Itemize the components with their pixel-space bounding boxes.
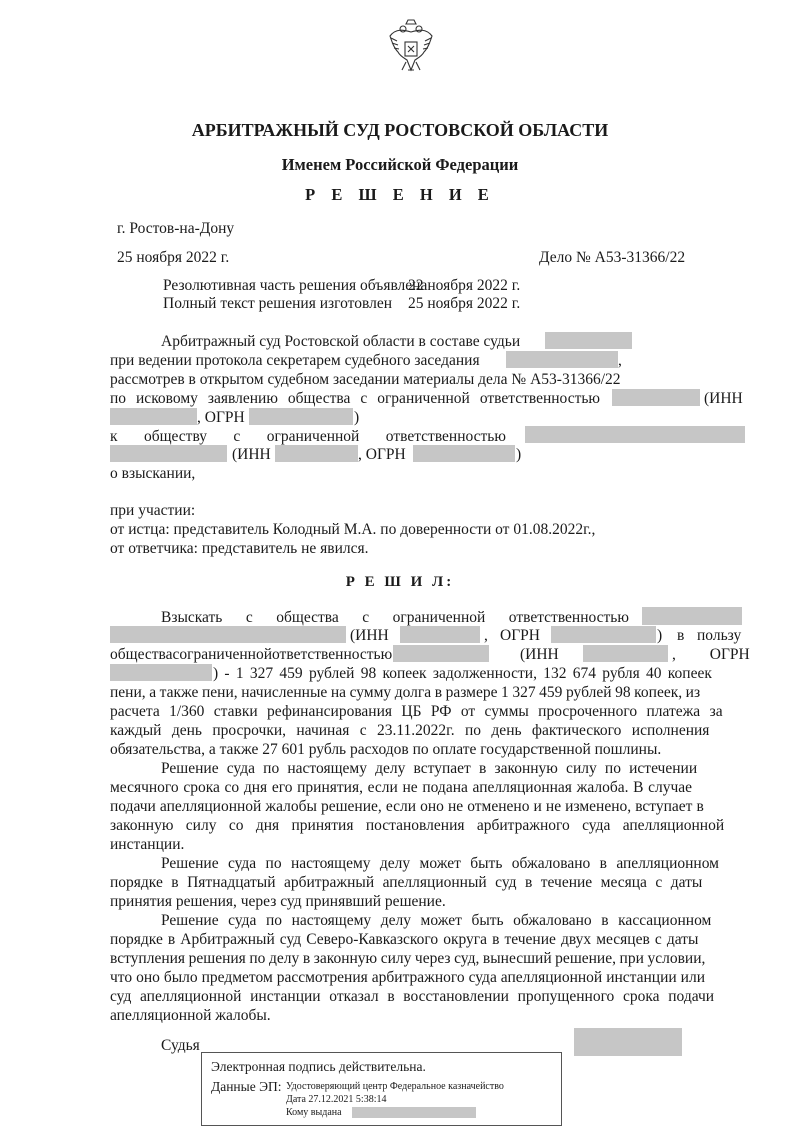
redacted-debtor-name-2 [110,626,346,643]
redacted-defendant-name-2 [110,445,227,462]
inn-label-3: (ИНН [350,627,389,645]
intro-line-8: о взыскании, [110,465,195,483]
signature-data-label: Данные ЭП: [211,1078,282,1096]
redacted-defendant-inn [275,445,358,462]
signature-issued-to: Кому выдана [286,1106,342,1119]
ruling-line-6: расчета 1/360 ставки рефинансирования ЦБ… [110,703,723,721]
comma: , [618,352,622,370]
in-name-of-federation: Именем Российской Федерации [0,156,800,174]
ruling-line-8: обязательства, а также 27 601 рубль расх… [110,741,661,759]
redacted-creditor-inn [583,645,668,662]
inn-label-4: (ИНН [520,646,559,664]
p2-line-3: принятия решения, через суд принявший ре… [110,893,446,911]
redacted-defendant-name [525,426,745,443]
ruling-line-1: Взыскатьсобществасограниченнойответствен… [161,609,629,627]
redacted-secretary-name [506,351,618,368]
signature-issuer: Удостоверяющий центр Федеральное казначе… [286,1080,504,1093]
decided-heading: Р Е Ш И Л: [0,573,800,591]
p3-line-1: Решение суда по настоящему делу может бы… [161,912,711,930]
ruling-line-7: каждый день просрочки, начиная с 23.11.2… [110,722,709,740]
p1-line-2: месячного срока со дня его принятия, есл… [110,779,692,797]
resolution-label: Резолютивная часть решения объявлена [163,277,427,295]
ruling-line-3: обществасограниченнойответственностью [110,646,380,664]
favor-word: пользу [697,627,741,645]
redacted-judge-signature [574,1028,682,1056]
participation-defendant: от ответчика: представитель не явился. [110,540,369,558]
ruling-line-5: пени, а также пени, начисленные на сумму… [110,684,700,702]
intro-line-6: кобществусограниченнойответственностью [110,428,506,446]
intro-line-3: рассмотрев в открытом судебном заседании… [110,371,621,389]
intro-line-2: при ведении протокола секретарем судебно… [110,352,480,370]
resolution-date: 22 ноября 2022 г. [408,277,520,295]
paren-2: ) [516,446,521,464]
p3-line-4: что оно было предметом рассмотрения арби… [110,969,705,987]
fulltext-date: 25 ноября 2022 г. [408,295,520,313]
paren: ) [354,409,359,427]
intro-line-1: Арбитражный суд Ростовской области в сос… [161,333,520,351]
coat-of-arms-icon [386,18,436,80]
p3-line-3: вступления решения по делу в законную си… [110,950,705,968]
inn-label: (ИНН [704,390,743,408]
p3-line-6: апелляционной жалобы. [110,1007,271,1025]
p1-line-1: Решение суда по настоящему делу вступает… [161,760,697,778]
redacted-defendant-ogrn [413,445,515,462]
redacted-debtor-inn [400,626,480,643]
participation-plaintiff: от истца: представитель Колодный М.А. по… [110,521,595,539]
inn-label-2: (ИНН [232,446,271,464]
redacted-creditor-ogrn [110,664,212,681]
electronic-signature-stamp: Электронная подпись действительна. Данны… [201,1052,562,1126]
intro-line-4: поисковомузаявлениюобществасограниченной… [110,390,600,408]
decision-date: 25 ноября 2022 г. [117,249,229,267]
document-page: АРБИТРАЖНЫЙ СУД РОСТОВСКОЙ ОБЛАСТИ Имене… [0,0,800,1132]
p1-line-5: инстанции. [110,836,184,854]
p3-line-2: порядке в Арбитражный суд Северо-Кавказс… [110,931,698,949]
redacted-judge-name [545,332,632,349]
redacted-plaintiff-inn [110,408,197,425]
ogrn-label: , ОГРН [197,409,245,427]
ogrn-label-4: , ОГРН [672,646,750,664]
redacted-debtor-ogrn [551,626,656,643]
redacted-plaintiff-name [612,389,700,406]
ogrn-label-3: ОГРН [500,627,540,645]
case-number: Дело № А53-31366/22 [539,249,685,267]
signature-valid-text: Электронная подпись действительна. [211,1058,426,1076]
city: г. Ростов-на-Дону [117,220,234,238]
court-name: АРБИТРАЖНЫЙ СУД РОСТОВСКОЙ ОБЛАСТИ [0,121,800,139]
judge-label: Судья [161,1037,200,1055]
document-type: Р Е Ш Е Н И Е [0,186,800,204]
ruling-line-4: ) - 1 327 459 рублей 98 копеек задолженн… [213,665,712,683]
comma-3: , [484,627,488,645]
p3-line-5: суд апелляционной инстанции отказал в во… [110,988,714,1006]
signature-date: Дата 27.12.2021 5:38:14 [286,1093,387,1106]
p2-line-2: порядке в Пятнадцатый арбитражный апелля… [110,874,702,892]
ogrn-label-2: , ОГРН [358,446,406,464]
paren-3: ) [657,627,662,645]
redacted-plaintiff-ogrn [249,408,353,425]
p1-line-4: законную силу со дня принятия постановле… [110,817,724,835]
fulltext-label: Полный текст решения изготовлен [163,295,392,313]
p2-line-1: Решение суда по настоящему делу может бы… [161,855,719,873]
participation-label: при участии: [110,502,195,520]
redacted-creditor-name [393,645,489,662]
p1-line-3: подачи апелляционной жалобы решение, есл… [110,798,704,816]
in-word: в [677,627,684,645]
redacted-recipient [352,1107,476,1118]
redacted-debtor-name [642,607,742,625]
